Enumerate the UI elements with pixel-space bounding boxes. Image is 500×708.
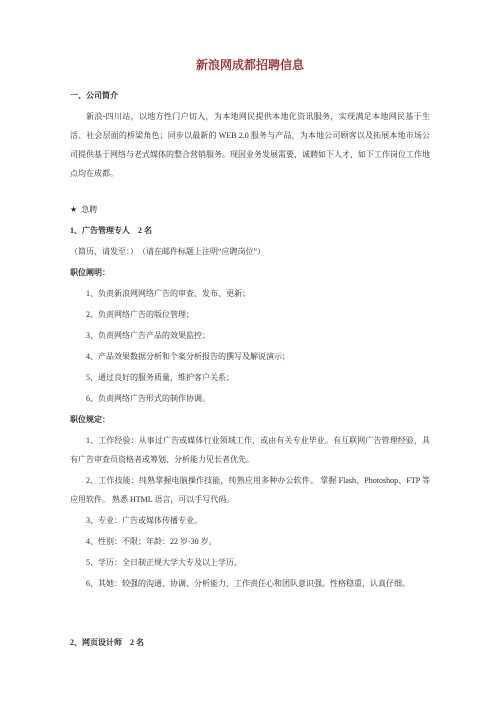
requirement-item: 4、性别：不限；年龄：22 岁-30 岁。 bbox=[70, 532, 430, 551]
company-section-heading: 一、公司简介 bbox=[70, 86, 430, 105]
requirements-heading: 职位规定： bbox=[70, 410, 430, 429]
urgent-hire-line: ★急聘 bbox=[70, 200, 430, 219]
document-page: 新浪网成都招聘信息 一、公司简介 新浪-四川站，以地方性门户切入，为本地网民提供… bbox=[0, 0, 500, 708]
requirement-item: 6、其她：较强的沟通、协调、分析能力，工作责任心和团队意识强。性格稳重，认真仔细… bbox=[70, 574, 430, 593]
job2-title: 2、网页设计师 2 名 bbox=[70, 633, 430, 652]
duties-heading: 职位阐明： bbox=[70, 263, 430, 282]
star-icon: ★ bbox=[70, 200, 77, 219]
resume-submission-note: （简历，请发至：） （请在邮件标题上注明“应聘岗位”） bbox=[70, 242, 430, 261]
duty-item: 5、通过良好的服务质量，维护客户关系； bbox=[70, 368, 430, 387]
duty-item: 1、负责新浪网网络广告的审查、发布、更新； bbox=[70, 284, 430, 303]
duty-item: 4、产品效果数据分析和个案分析报告的撰写及解说演示； bbox=[70, 347, 430, 366]
requirement-item: 3、专业：广告或媒体传播专业。 bbox=[70, 511, 430, 530]
duty-item: 3、负责网络广告产品的效果监控； bbox=[70, 326, 430, 345]
duty-item: 2、负责网络广告的版位管理； bbox=[70, 305, 430, 324]
duty-item: 6、负责网络广告形式的制作协调。 bbox=[70, 389, 430, 408]
requirement-item: 5、学历：全日制正规大学大专及以上学历。 bbox=[70, 553, 430, 572]
requirement-item: 1、工作经验：从事过广告或媒体行业领域工作，或由有关专业毕业。有互联网广告管理经… bbox=[70, 431, 430, 469]
job1-title: 1、广告管理专人 2 名 bbox=[70, 221, 430, 240]
company-intro-paragraph: 新浪-四川站，以地方性门户切入，为本地网民提供本地化资讯服务，实现满足本地网民基… bbox=[70, 107, 430, 183]
doc-title: 新浪网成都招聘信息 bbox=[70, 57, 430, 73]
urgent-hire-label: 急聘 bbox=[81, 205, 97, 214]
requirement-item: 2、工作技能：纯熟掌握电脑操作技能，纯熟应用多种办公软件。 掌握 Flash、P… bbox=[70, 471, 430, 509]
